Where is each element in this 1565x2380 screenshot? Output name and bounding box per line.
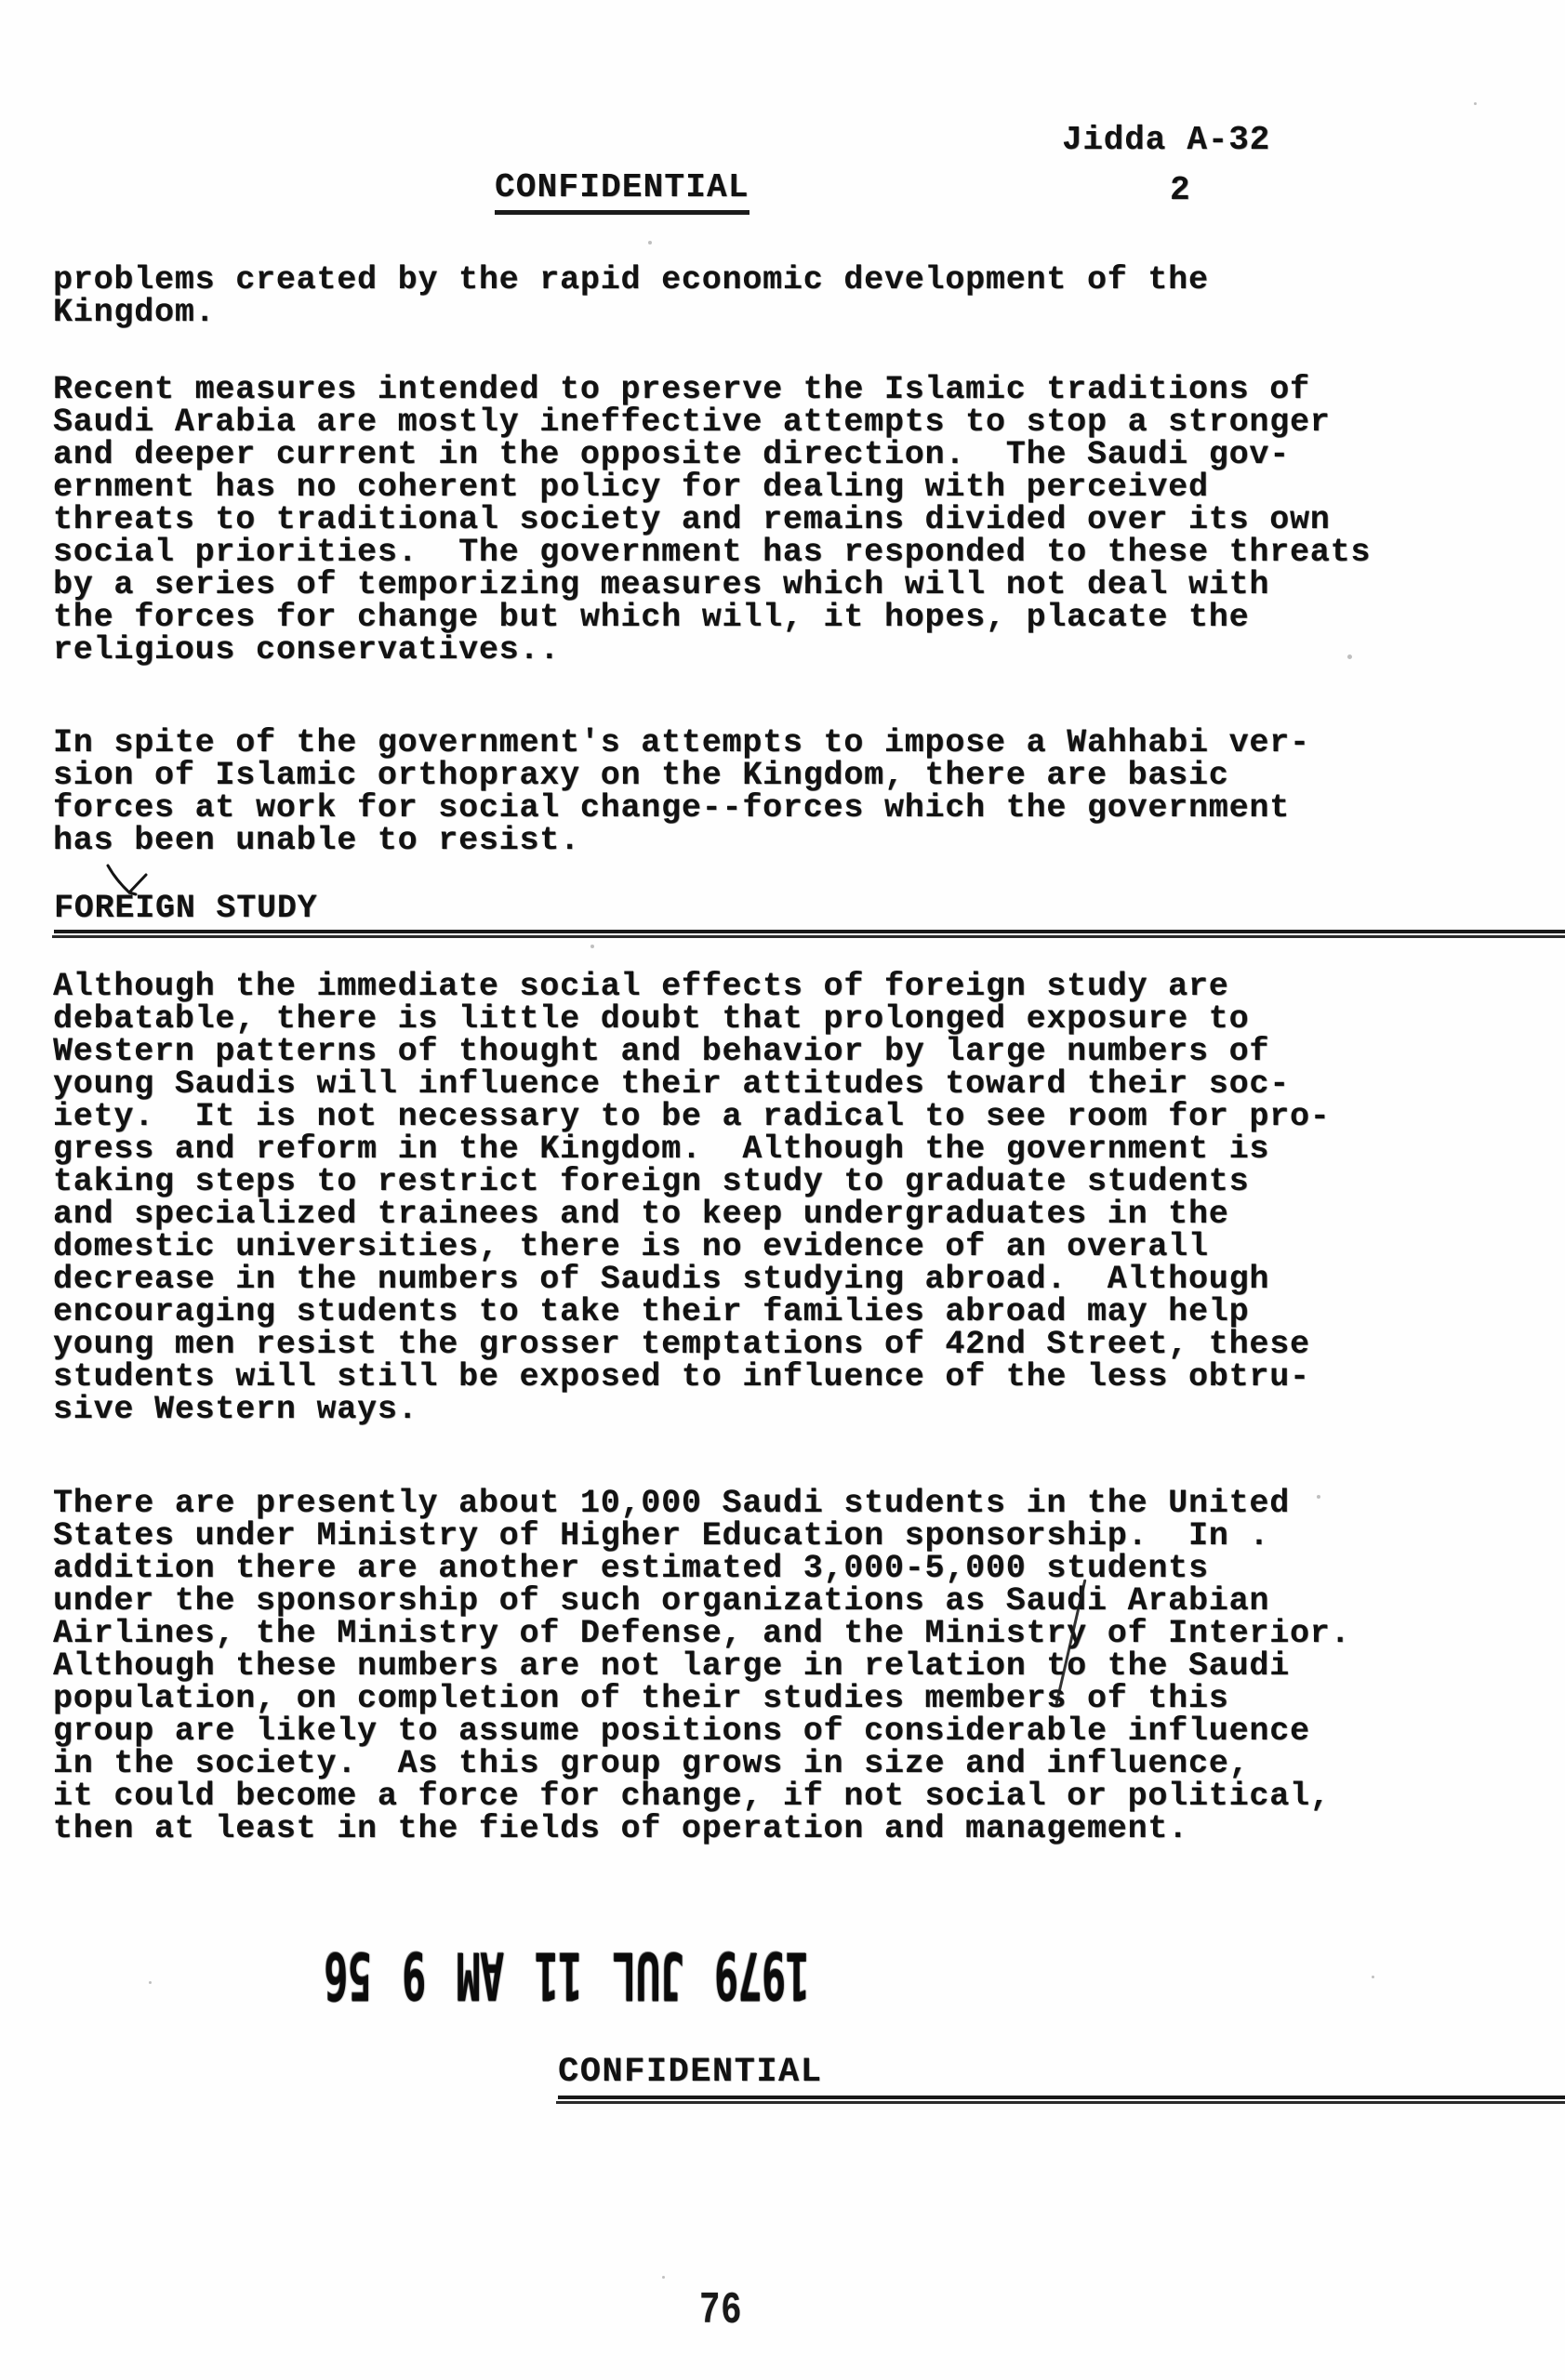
page-number-footer: 76 [699, 2289, 742, 2334]
paragraph-3: In spite of the government's attempts to… [53, 727, 1504, 857]
paragraph-2: Recent measures intended to preserve the… [53, 374, 1504, 667]
scanned-document-page: Jidda A-32 CONFIDENTIAL 2 problems creat… [0, 0, 1565, 2380]
document-reference: Jidda A-32 [1062, 123, 1270, 158]
classification-footer: CONFIDENTIAL [558, 2055, 1565, 2099]
scan-speck [1347, 654, 1352, 659]
classification-header: CONFIDENTIAL [495, 170, 749, 215]
scan-speck [648, 241, 652, 245]
paragraph-5: There are presently about 10,000 Saudi s… [53, 1487, 1504, 1845]
scan-speck [811, 487, 814, 490]
page-number-header: 2 [1170, 173, 1190, 208]
paragraph-4: Although the immediate social effects of… [53, 971, 1504, 1426]
scan-speck [1474, 102, 1477, 105]
scan-speck [1372, 1976, 1374, 1978]
scan-speck [149, 1981, 152, 1984]
pen-mark-check [104, 863, 153, 904]
scan-speck [662, 2276, 665, 2279]
received-date-stamp: 1979 JUL 11 AM 9 56 [307, 1938, 828, 2013]
paragraph-1: problems created by the rapid economic d… [53, 264, 1504, 329]
scan-speck [1317, 1495, 1320, 1499]
section-heading-foreign-study: FOREIGN STUDY [54, 892, 1565, 933]
scan-speck [590, 945, 594, 948]
received-date-stamp-text: 1979 JUL 11 AM 9 56 [325, 1943, 810, 2008]
scan-speck [423, 1174, 426, 1177]
